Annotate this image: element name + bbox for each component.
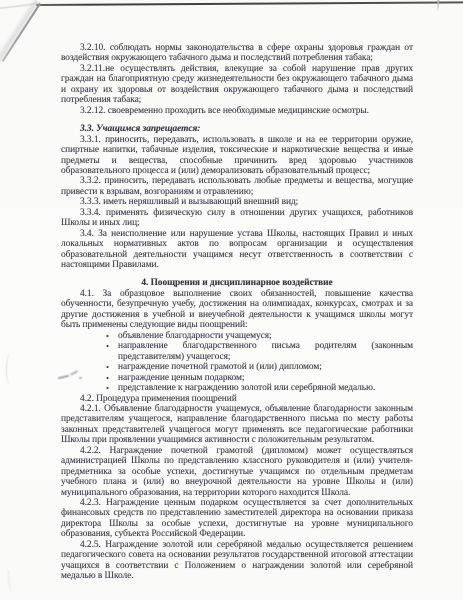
paragraph: 3.4. За неисполнение или нарушение устав… — [61, 229, 413, 271]
paragraph: 3.3.2. приносить, передавать использоват… — [61, 176, 413, 197]
scan-left-smudge — [8, 570, 18, 594]
paragraph: 3.3.3. иметь неряшливый и вызывающий вне… — [61, 197, 413, 207]
paragraph: 3.2.12. своевременно проходить все необх… — [61, 106, 413, 116]
bullet-item: награждение ценным подарком; — [105, 373, 413, 383]
paragraph: 3.2.11.не осуществлять действия, влекущи… — [61, 64, 413, 106]
scan-left-smudge — [6, 352, 15, 384]
paragraph: 3.3.4. применять физическую силу в отнош… — [61, 208, 413, 229]
scan-top-edge-line — [36, 1, 463, 6]
bullet-item: награждение почетной грамотой и (или) ди… — [105, 362, 413, 372]
bullet-item: объявление благодарности учащемуся; — [105, 331, 413, 341]
paragraph: 3.2.10. соблюдать нормы законодательства… — [61, 43, 413, 64]
bullet-item: направление благодарственного письма род… — [105, 341, 413, 362]
scanned-document-page: 3.2.10. соблюдать нормы законодательства… — [0, 0, 463, 600]
page-corner-fold-line — [2, 3, 41, 62]
paragraph: 4.2.2. Награждение почетной грамотой (ди… — [61, 446, 413, 498]
paragraph: 4.2. Процедура применения поощрений — [61, 394, 413, 404]
paragraph: 4.1. За образцовое выполнение своих обяз… — [61, 289, 413, 331]
bullet-item: представление к награждению золотой или … — [105, 383, 413, 393]
heading-center: 4. Поощрения и дисциплинарное воздействи… — [61, 278, 413, 288]
paragraph: 4.2.5. Награждение золотой или серебряно… — [61, 540, 413, 582]
scan-top-right-mark — [437, 0, 440, 11]
heading-italic: 3.3. Учащимся запрещается: — [61, 124, 413, 134]
paragraph: 3.3.1. приносить, передавать, использова… — [61, 135, 413, 177]
bullet-list: объявление благодарности учащемуся;напра… — [61, 331, 413, 394]
paragraph: 4.2.1. Объявление благодарности учащемус… — [61, 404, 413, 446]
document-text: 3.2.10. соблюдать нормы законодательства… — [61, 43, 413, 582]
paragraph: 4.2.3. Награждение ценным подарком осуще… — [61, 498, 413, 540]
